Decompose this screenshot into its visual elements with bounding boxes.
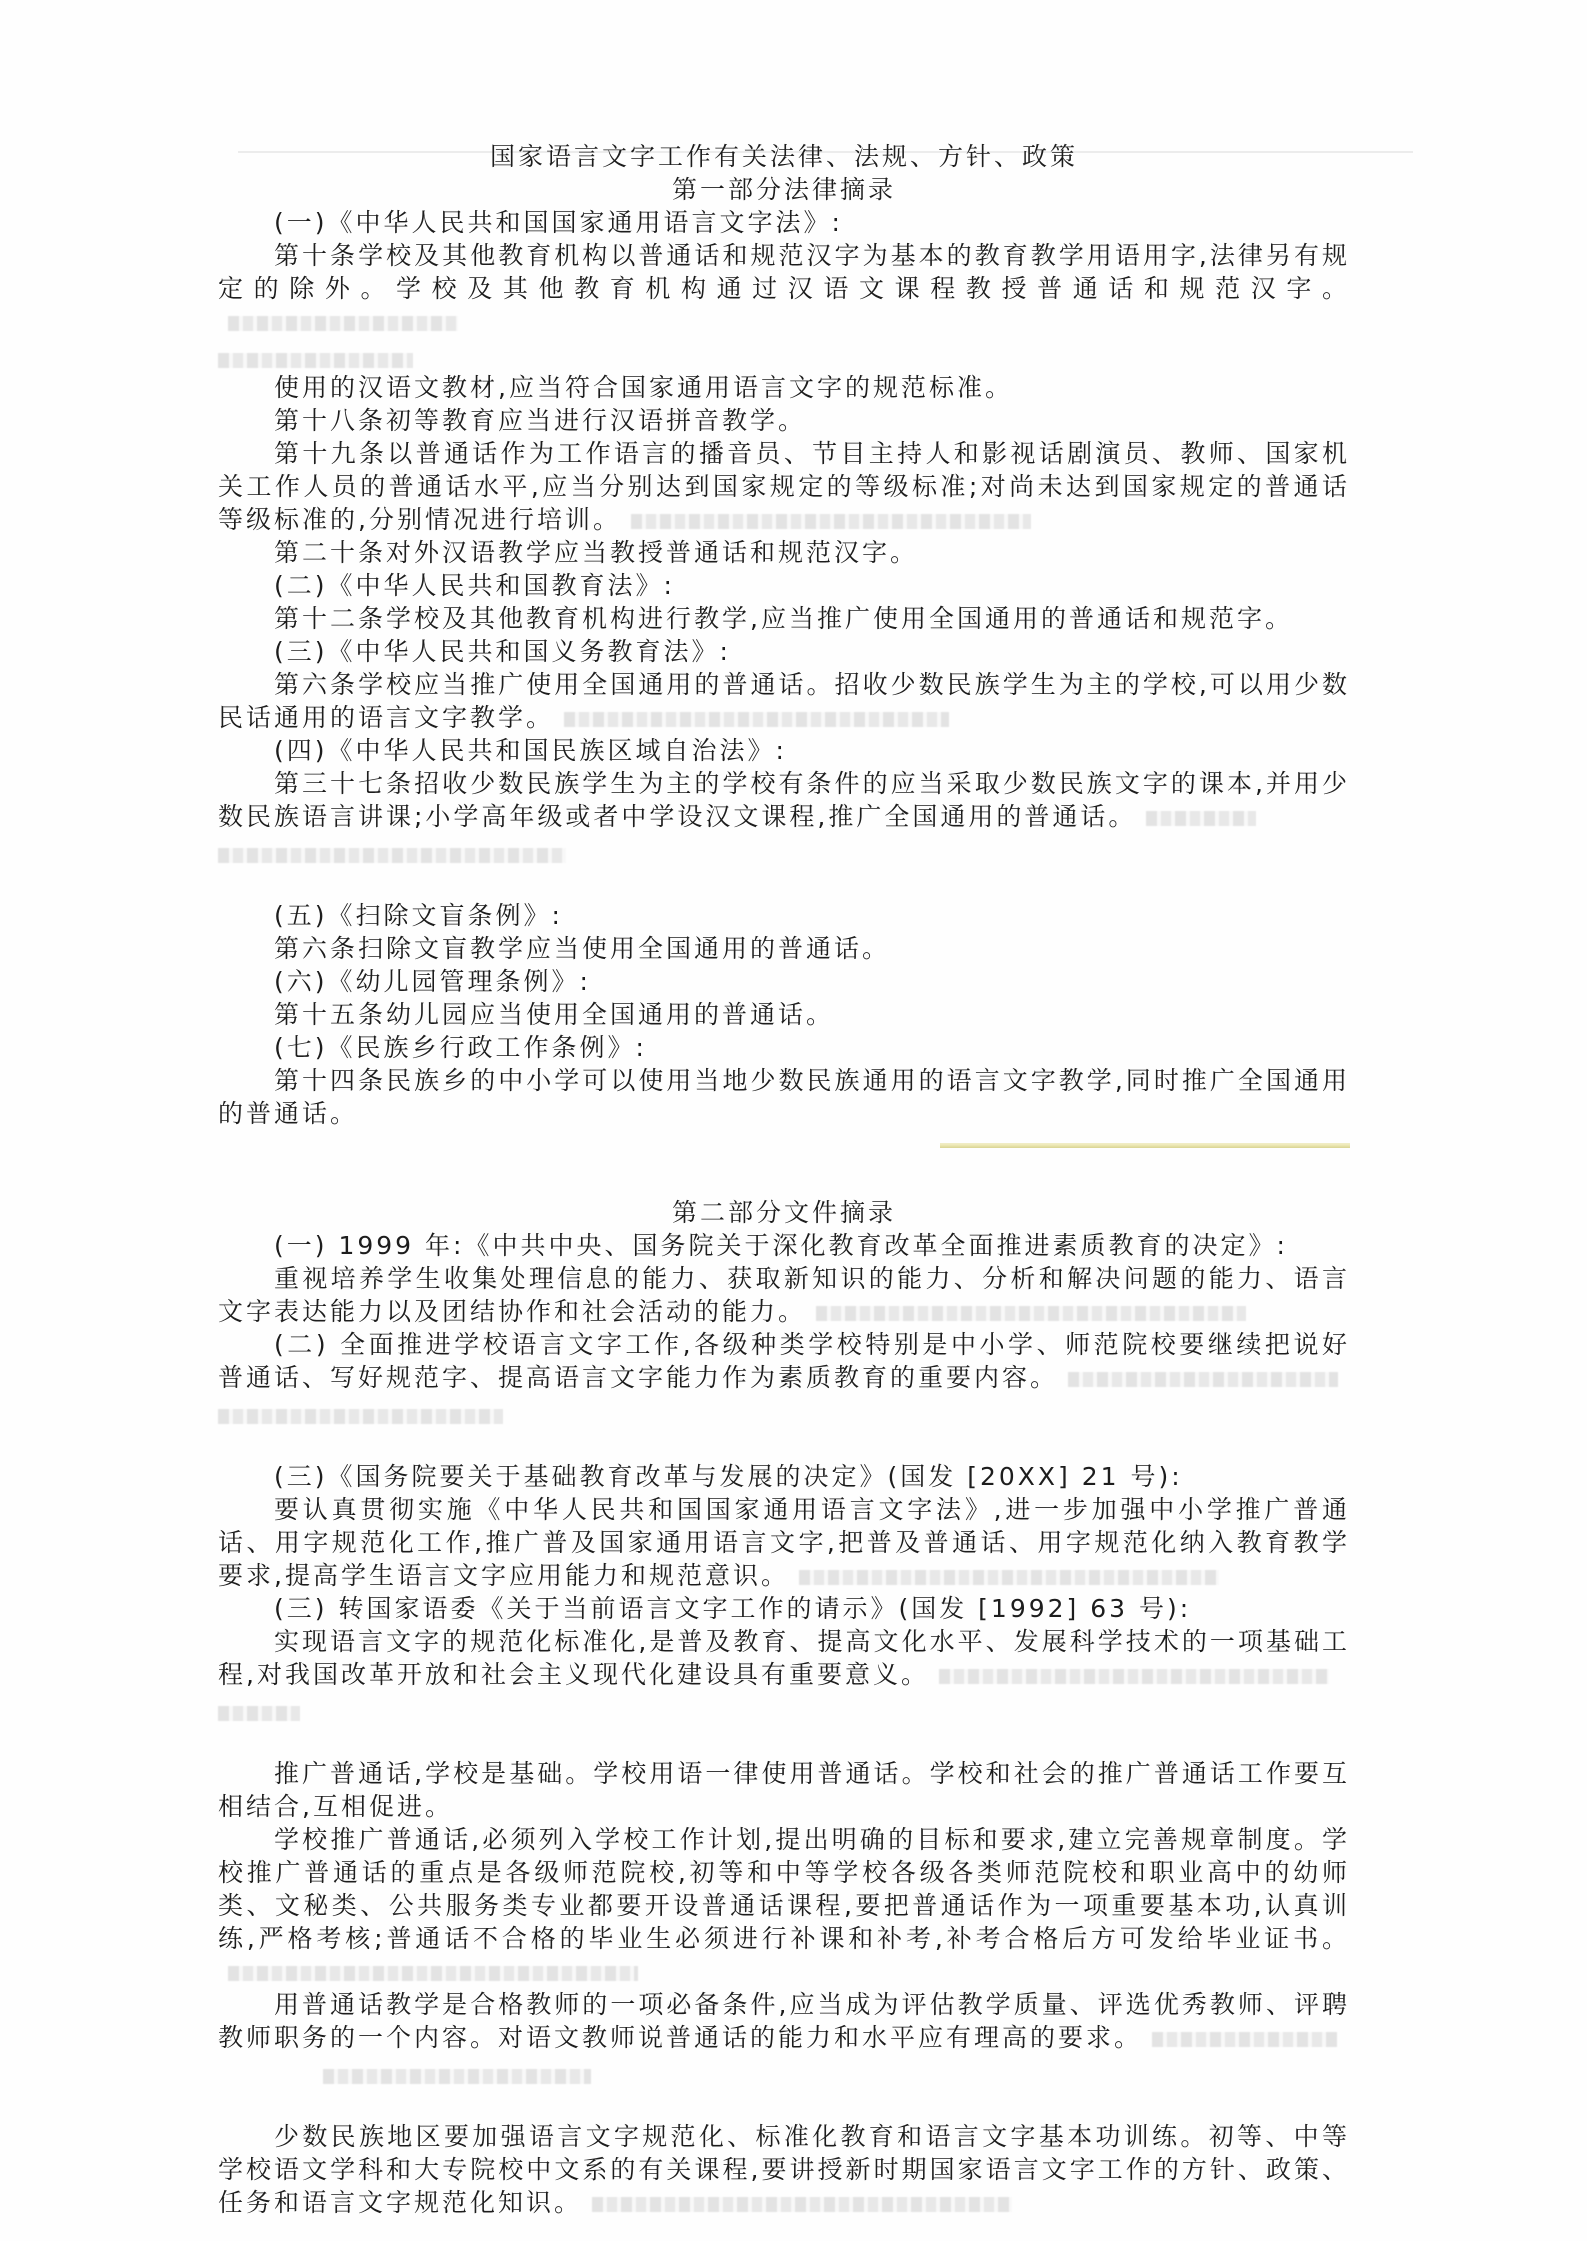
paragraph-text: 使用的汉语文教材,应当符合国家通用语言文字的规范标准。 [274, 373, 1013, 402]
paragraph-text: (五)《扫除文盲条例》: [274, 901, 563, 930]
faint-watermark-artifact [218, 353, 413, 368]
paragraph: (七)《民族乡行政工作条例》: [218, 1031, 1350, 1064]
gap-row [218, 1724, 1350, 1757]
paragraph-text: 第二十条对外汉语教学应当教授普通话和规范汉字。 [274, 538, 918, 567]
paragraph-text: (二)《中华人民共和国教育法》: [274, 571, 675, 600]
paragraph-text: (三)《国务院要关于基础教育改革与发展的决定》(国发 [20XX] 21 号): [274, 1462, 1183, 1491]
paragraph: (一)《中华人民共和国国家通用语言文字法》: [218, 206, 1350, 239]
paragraph: (六)《幼儿园管理条例》: [218, 965, 1350, 998]
faint-watermark-artifact [228, 316, 458, 331]
gap-row [218, 338, 1350, 371]
paragraph-text: (六)《幼儿园管理条例》: [274, 967, 591, 996]
paragraph: 第二十条对外汉语教学应当教授普通话和规范汉字。 [218, 536, 1350, 569]
paragraph: 实现语言文字的规范化标准化,是普及教育、提高文化水平、发展科学技术的一项基础工程… [218, 1625, 1350, 1691]
paragraph-text: (四)《中华人民共和国民族区域自治法》: [274, 736, 787, 765]
gap-row [218, 866, 1350, 899]
paragraph-text: 第六条扫除文盲教学应当使用全国通用的普通话。 [274, 934, 890, 963]
faint-watermark-artifact [1146, 811, 1256, 826]
faint-watermark-artifact [228, 1966, 638, 1981]
document-content: 国家语言文字工作有关法律、法规、方针、政策第一部分法律摘录(一)《中华人民共和国… [218, 140, 1350, 2219]
faint-watermark-artifact [218, 848, 566, 863]
paragraph-text: 第十四条民族乡的中小学可以使用当地少数民族通用的语言文字教学,同时推广全国通用的… [218, 1066, 1350, 1128]
paragraph: 学校推广普通话,必须列入学校工作计划,提出明确的目标和要求,建立完善规章制度。学… [218, 1823, 1350, 1988]
gap-row [218, 1691, 1350, 1724]
paragraph: 要认真贯彻实施《中华人民共和国国家通用语言文字法》,进一步加强中小学推广普通话、… [218, 1493, 1350, 1592]
paragraph-text: 第十条学校及其他教育机构以普通话和规范汉字为基本的教育教学用语用字,法律另有规定… [218, 241, 1350, 303]
gap-row [218, 1163, 1350, 1196]
gap-row [218, 2087, 1350, 2120]
gap-row [218, 1394, 1350, 1427]
gap-row [218, 833, 1350, 866]
gap-row [218, 2054, 1350, 2087]
highlight-underline-artifact [940, 1143, 1350, 1148]
paragraph: (四)《中华人民共和国民族区域自治法》: [218, 734, 1350, 767]
paragraph-text: 学校推广普通话,必须列入学校工作计划,提出明确的目标和要求,建立完善规章制度。学… [218, 1825, 1350, 1953]
faint-watermark-artifact [592, 2197, 1012, 2212]
faint-watermark-artifact [323, 2069, 591, 2084]
paragraph-text: 第十五条幼儿园应当使用全国通用的普通话。 [274, 1000, 834, 1029]
paragraph: 第十五条幼儿园应当使用全国通用的普通话。 [218, 998, 1350, 1031]
section-heading: 第二部分文件摘录 [218, 1196, 1350, 1229]
faint-watermark-artifact [218, 1706, 300, 1721]
faint-watermark-artifact [1152, 2032, 1337, 2047]
paragraph: 第十二条学校及其他教育机构进行教学,应当推广使用全国通用的普通话和规范字。 [218, 602, 1350, 635]
paragraph-text: (一) 1999 年:《中共中央、国务院关于深化教育改革全面推进素质教育的决定》… [274, 1231, 1288, 1260]
paragraph: 使用的汉语文教材,应当符合国家通用语言文字的规范标准。 [218, 371, 1350, 404]
faint-watermark-artifact [1068, 1372, 1338, 1387]
paragraph: 第六条学校应当推广使用全国通用的普通话。招收少数民族学生为主的学校,可以用少数民… [218, 668, 1350, 734]
paragraph: (五)《扫除文盲条例》: [218, 899, 1350, 932]
paragraph: 用普通话教学是合格教师的一项必备条件,应当成为评估教学质量、评选优秀教师、评聘教… [218, 1988, 1350, 2054]
section-heading-text: 第一部分法律摘录 [672, 175, 896, 204]
paragraph: 第十条学校及其他教育机构以普通话和规范汉字为基本的教育教学用语用字,法律另有规定… [218, 239, 1350, 338]
paragraph-text: (一)《中华人民共和国国家通用语言文字法》: [274, 208, 843, 237]
paragraph: (一) 1999 年:《中共中央、国务院关于深化教育改革全面推进素质教育的决定》… [218, 1229, 1350, 1262]
paragraph-text: (三)《中华人民共和国义务教育法》: [274, 637, 731, 666]
paragraph: (三)《中华人民共和国义务教育法》: [218, 635, 1350, 668]
paragraph: 重视培养学生收集处理信息的能力、获取新知识的能力、分析和解决问题的能力、语言文字… [218, 1262, 1350, 1328]
paragraph: (三) 转国家语委《关于当前语言文字工作的请示》(国发 [1992] 63 号)… [218, 1592, 1350, 1625]
paragraph-text: 推广普通话,学校是基础。学校用语一律使用普通话。学校和社会的推广普通话工作要互相… [218, 1759, 1350, 1821]
paragraph-text: (七)《民族乡行政工作条例》: [274, 1033, 647, 1062]
paragraph: 第十九条以普通话作为工作语言的播音员、节目主持人和影视话剧演员、教师、国家机关工… [218, 437, 1350, 536]
paragraph-text: (三) 转国家语委《关于当前语言文字工作的请示》(国发 [1992] 63 号)… [274, 1594, 1191, 1623]
faint-watermark-artifact [799, 1570, 1219, 1585]
gap-row [218, 1130, 1350, 1163]
section-heading-text: 第二部分文件摘录 [672, 1198, 896, 1227]
faint-watermark-artifact [564, 712, 949, 727]
faint-watermark-artifact [631, 514, 1031, 529]
document-page: 国家语言文字工作有关法律、法规、方针、政策第一部分法律摘录(一)《中华人民共和国… [0, 0, 1587, 2241]
paragraph: 第十四条民族乡的中小学可以使用当地少数民族通用的语言文字教学,同时推广全国通用的… [218, 1064, 1350, 1130]
paragraph: 第十八条初等教育应当进行汉语拼音教学。 [218, 404, 1350, 437]
faint-watermark-artifact [939, 1669, 1329, 1684]
document-title: 国家语言文字工作有关法律、法规、方针、政策 [218, 140, 1350, 173]
paragraph: (二)《中华人民共和国教育法》: [218, 569, 1350, 602]
faint-watermark-artifact [816, 1306, 1246, 1321]
paragraph-text: 第十八条初等教育应当进行汉语拼音教学。 [274, 406, 806, 435]
paragraph: 第三十七条招收少数民族学生为主的学校有条件的应当采取少数民族文字的课本,并用少数… [218, 767, 1350, 833]
document-title-text: 国家语言文字工作有关法律、法规、方针、政策 [490, 142, 1078, 171]
section-heading: 第一部分法律摘录 [218, 173, 1350, 206]
paragraph: (二) 全面推进学校语言文字工作,各级种类学校特别是中小学、师范院校要继续把说好… [218, 1328, 1350, 1394]
paragraph: (三)《国务院要关于基础教育改革与发展的决定》(国发 [20XX] 21 号): [218, 1460, 1350, 1493]
gap-row [218, 1427, 1350, 1460]
paragraph-text: 第十二条学校及其他教育机构进行教学,应当推广使用全国通用的普通话和规范字。 [274, 604, 1293, 633]
paragraph: 推广普通话,学校是基础。学校用语一律使用普通话。学校和社会的推广普通话工作要互相… [218, 1757, 1350, 1823]
paragraph: 少数民族地区要加强语言文字规范化、标准化教育和语言文字基本功训练。初等、中等学校… [218, 2120, 1350, 2219]
paragraph: 第六条扫除文盲教学应当使用全国通用的普通话。 [218, 932, 1350, 965]
faint-watermark-artifact [218, 1409, 503, 1424]
